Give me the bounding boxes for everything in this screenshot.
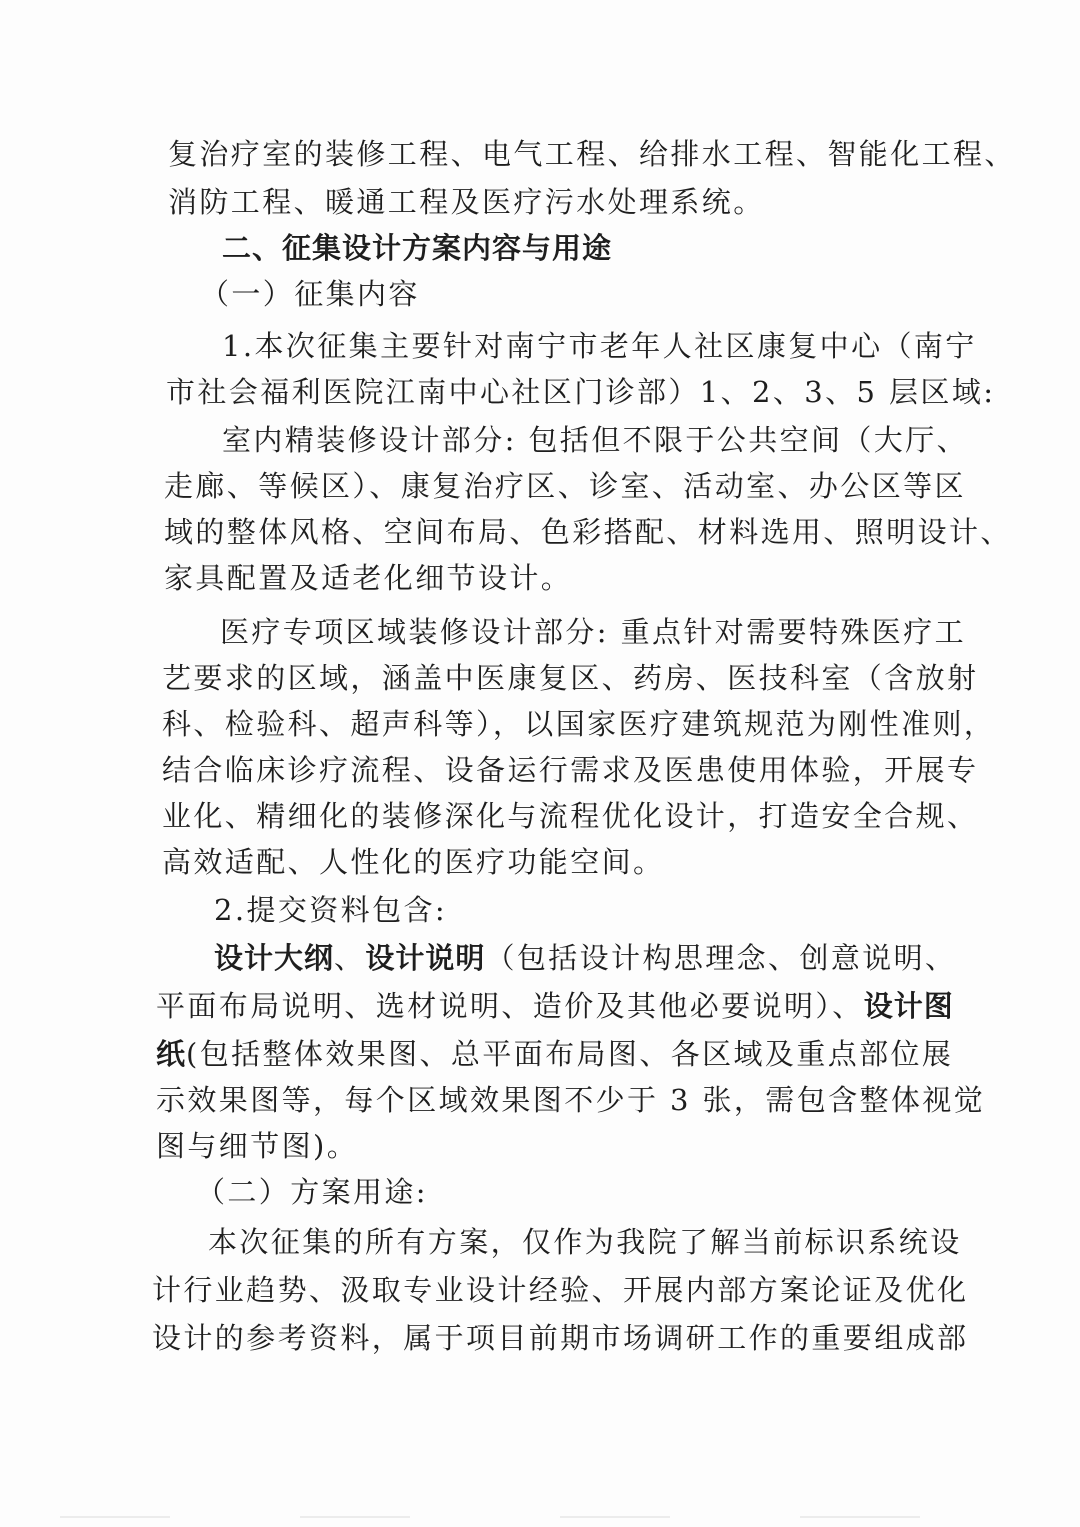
bold-term: 纸 (156, 1037, 186, 1071)
body-line: 本次征集的所有方案，仅作为我院了解当前标识系统设 (208, 1222, 962, 1262)
section-heading: 二、征集设计方案内容与用途 (222, 228, 612, 268)
body-line: 计行业趋势、汲取专业设计经验、开展内部方案论证及优化 (152, 1270, 968, 1310)
separator: 、 (334, 941, 365, 975)
document-page: 复治疗室的装修工程、电气工程、给排水工程、智能化工程、 消防工程、暖通工程及医疗… (0, 0, 1080, 1527)
body-line: 艺要求的区域，涵盖中医康复区、药房、医技科室（含放射 (162, 658, 978, 698)
body-line: 科、检验科、超声科等），以国家医疗建筑规范为刚性准则， (162, 704, 995, 744)
subsection-heading: （一）征集内容 (200, 274, 420, 314)
body-line: 1.本次征集主要针对南宁市老年人社区康复中心（南宁 (222, 326, 977, 366)
body-line: 示效果图等，每个区域效果图不少于 3 张，需包含整体视觉 (156, 1080, 985, 1120)
body-line: 平面布局说明、选材说明、造价及其他必要说明）、设计图 (156, 986, 954, 1026)
body-line: 设计的参考资料，属于项目前期市场调研工作的重要组成部 (152, 1318, 968, 1358)
body-line: 复治疗室的装修工程、电气工程、给排水工程、智能化工程、 (168, 134, 1016, 174)
body-line: 医疗专项区域装修设计部分: 重点针对需要特殊医疗工 (220, 612, 966, 652)
body-line: 走廊、等候区）、康复治疗区、诊室、活动室、办公区等区 (164, 466, 966, 506)
body-line: 设计大纲、设计说明（包括设计构思理念、创意说明、 (214, 938, 956, 978)
body-line: 业化、精细化的装修深化与流程优化设计，打造安全合规、 (162, 796, 978, 836)
scan-artifact (300, 1516, 410, 1518)
body-line: 结合临床诊疗流程、设备运行需求及医患使用体验，开展专 (162, 750, 978, 790)
body-text: （包括设计构思理念、创意说明、 (485, 941, 956, 975)
body-line: 家具配置及适老化细节设计。 (164, 558, 572, 598)
bold-term: 设计图 (864, 989, 954, 1023)
body-line: 纸(包括整体效果图、总平面布局图、各区域及重点部位展 (156, 1034, 953, 1074)
body-line: 室内精装修设计部分: 包括但不限于公共空间（大厅、 (222, 420, 968, 460)
body-text: 平面布局说明、选材说明、造价及其他必要说明）、 (156, 989, 864, 1023)
scan-artifact (60, 1516, 170, 1518)
body-line: 2.提交资料包含: (214, 890, 447, 930)
body-line: 消防工程、暖通工程及医疗污水处理系统。 (168, 182, 765, 222)
body-line: 市社会福利医院江南中心社区门诊部）1、2、3、5 层区域: (166, 372, 995, 412)
scan-artifact (800, 1516, 920, 1518)
bold-term: 设计说明 (365, 941, 485, 975)
body-line: 图与细节图)。 (156, 1126, 358, 1166)
body-line: 域的整体风格、空间布局、色彩搭配、材料选用、照明设计、 (164, 512, 1012, 552)
body-line: 高效适配、人性化的医疗功能空间。 (162, 842, 664, 882)
scan-artifact (560, 1516, 670, 1518)
bold-term: 设计大纲 (214, 941, 334, 975)
body-text: (包括整体效果图、总平面布局图、各区域及重点部位展 (186, 1037, 953, 1071)
subsection-heading: （二）方案用途: (196, 1172, 428, 1212)
